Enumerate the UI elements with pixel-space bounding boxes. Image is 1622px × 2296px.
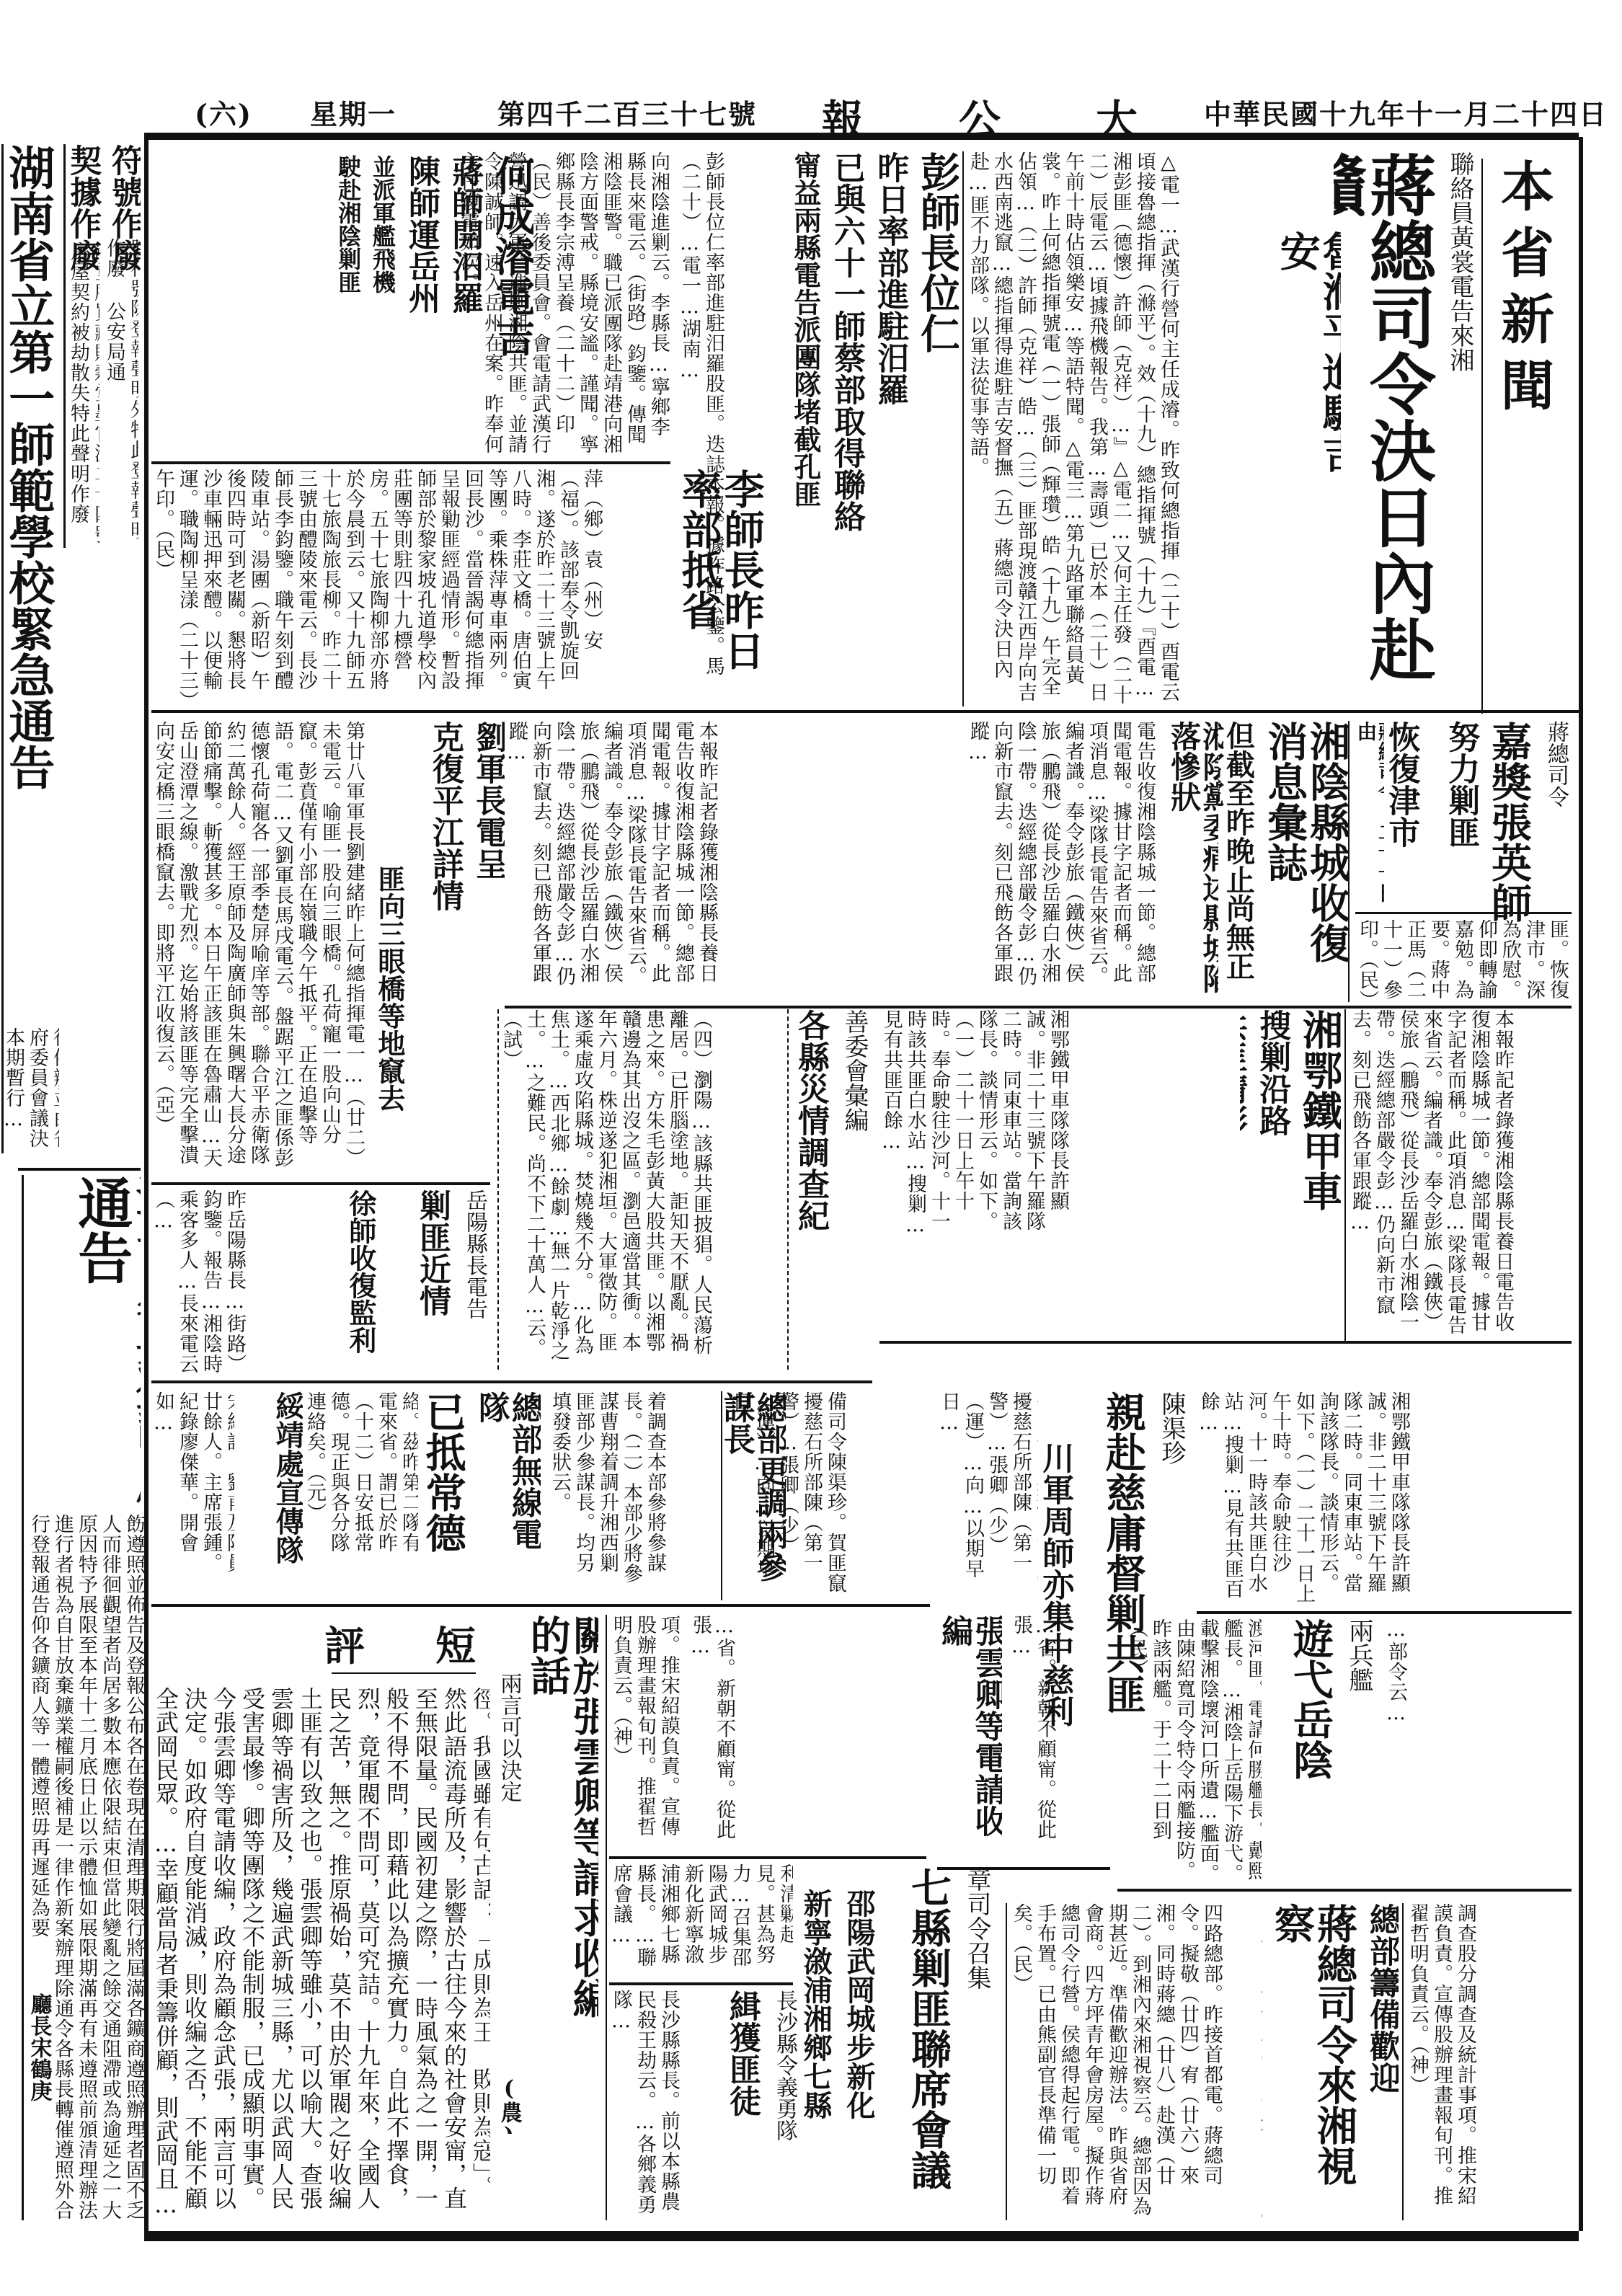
article-headline: 蔣總司令來湘視察 (1270, 1903, 1355, 2220)
article-body: 本報昨記者錄獲湘陰縣長養日電告收復湘陰縣城一節。總部聞電報。據甘字記者而稱。此項… (1348, 1009, 1572, 1341)
ad-body: 敝堂所買藏貽穀堂墨官渡二十四號房屋契約被劫散失特此聲明作廢 (66, 241, 99, 544)
article-body: 萍（鄉）袁（州）安（福）。該部奉令凱旋回湘。遂於昨二十三號上午八時。李莊文橋。唐… (151, 469, 670, 703)
article-headline-block: 總部籌備歡迎 蔣總司令來湘視察 因有二十六日來湘消息 (1262, 1903, 1399, 2220)
article-subheadline: 匪向三眼橋等地竄去 (375, 865, 404, 1112)
issue-number: 第四千二百三十七號 (497, 92, 757, 132)
article-headline-block: 聯絡員黃裳電告來湘 蔣總司令決日內赴贛 對剿匪不力部隊以軍法從事 (1334, 151, 1478, 714)
article-body: 第四路總指揮部。派謀軍事便利消息暨通起見於前日特派通信隊無線電二分隊開駐常德。並… (303, 1391, 418, 1572)
masthead: (六) 星期一 第四千二百三十七號 報 公 大 中華民國十九年十一月二十四日 (195, 92, 1557, 127)
article-body: 第廿八軍軍長劉建緒昨上何總指揮電一…（廿二）未電云。喻匪一股向三眼橋。孔荷寵一股… (151, 721, 368, 1182)
advertisement-column: 符號作廢 啟者敝所看警哥光弼遺失遺字第一號符號除登報聲明外特此登報聲明作廢 公安… (0, 137, 144, 2235)
commentary-subheadline: 兩言可以決定 (497, 1672, 520, 1802)
footer-rule (144, 2231, 1579, 2241)
article-headline: 湘鄂鐵甲車 (1298, 1009, 1341, 1240)
article-headline: 李師長昨日率部抵省 (678, 469, 763, 706)
article-body: （四）瀏陽…該縣共匪披猖。人民蕩析離居。已肝腦塗地。詎知天不厭亂。禍患之來。方朱… (497, 1009, 789, 1370)
article-kicker: 總部籌備歡迎 (1365, 1903, 1399, 2220)
article-subheadline: 蔣師開汨羅 (448, 155, 481, 458)
article-subheadline: 昨日率部進駐汨羅 (873, 151, 906, 699)
ad-body: 啟者敝所看警哥光弼遺失遺字第一號符號除登報聲明外特此登報聲明作廢 公安局通 (102, 238, 138, 541)
article-subheadline: 徐師收復監利 (346, 1189, 375, 1354)
article-subheadline: 克復平江詳情 (428, 721, 461, 1081)
article-headline: 各縣災情調查紀 (794, 1009, 827, 1370)
article-subheadline: 並派軍艦飛機 (370, 155, 394, 458)
article-body: 四路總部昨發出命令云：（一）湘西剿匪指揮部謀長周昭俊。着調查本部參將參謀長。（二… (548, 1391, 670, 1586)
article-subheadline: 搜剿沿路 (1255, 1009, 1288, 1240)
article-subheadline: 邵陽武岡城步新化 (843, 1889, 874, 2119)
section-label: 本省新聞 (1485, 159, 1572, 706)
article-subheadline: 新寧漵浦湘鄉七縣 (800, 1889, 830, 2119)
article-dateline: 蔣總司令。二十一日由 (1355, 721, 1384, 908)
article-headline-block: 岳陽縣長電告 剿匪近情 (404, 1189, 490, 1406)
article-block: 彭師長位仁 昨日率部進駐汨羅 已與六十一師蔡部取得聯絡 甯益兩縣電告派團隊堵截孔… (793, 151, 959, 699)
commentary-section-label: 短 評 (317, 1615, 483, 1672)
article-headline-block: 湘鄂鐵甲車 搜剿沿路 共匪情形 (1240, 1009, 1341, 1240)
article-headline-block: 章司令召集 七縣剿匪聯席會議 (887, 1867, 995, 2213)
article-kicker: 長沙縣令義勇隊 (768, 1990, 800, 2228)
article-subheadline-block: 魯滌平進駐吉安 (1276, 231, 1341, 490)
article-body: 寶慶警備司令章亮基。對於剿共剿匪。茲為便利清勦起見。甚為努力…召集邵陽武岡城步新… (609, 1863, 793, 1979)
article-headline-block: 長沙縣令義勇隊 緝獲匪徒 須解縣府懲辦 (721, 1990, 800, 2228)
article-subheadline: 已抵常德 (425, 1391, 464, 1572)
article-body: 湘陰發見匪竄擾湘陰。因堵截渡河匪。電請何勝艦長。戴熙艦長。…湘陰上岳陽下游弋。載… (1125, 1618, 1262, 1885)
article-subheadline: 但截至昨晚止尚無正式官電 (1218, 721, 1253, 1002)
article-headline: 湘陰縣城收復消息彙誌 (1263, 721, 1348, 1002)
weekday: 星期一 (310, 92, 396, 132)
article-subheadline: 共匪情形 (1240, 1009, 1245, 1240)
article-body: 調查股分調查及統計事項。推宋紹謨負責。宣傳股辦理畫報旬刊。推翟哲明負責云。（神） (609, 1615, 681, 1853)
article-headline-block: 李師長昨日率部抵省 (678, 469, 793, 706)
ad-signature: 廳長宋鶴庚 (27, 1993, 56, 2173)
article-body: 四路總部。昨接首都電。蔣總司令。擬敬（廿四）宥（廿六）來湘。同時蔣總（廿八）赴漢… (1009, 1903, 1254, 2220)
article-subheadline: 甯益兩縣電告派團隊堵截孔匪 (793, 151, 820, 699)
article-body: 備司令陳渠珍。賀匪竄擾慈石所部陳（第一警）…張卿（少）（運）…向…以期早日… (937, 1391, 1038, 1608)
article-subheadline: 恢復津市 (1384, 721, 1417, 848)
article-headline: 總部無線電隊 (474, 1391, 541, 1572)
article-body: …省。新朝不顧甯。從此張… (688, 1615, 926, 1853)
article-body: 湘鄂鐵甲車隊隊長許顯誠。非二十三號下午羅隊二時。同東車站。當詢該隊長。談情形云。… (1197, 1391, 1572, 1608)
commentary-headline: 關於張雲卿等請求收編的話 (526, 1615, 598, 2047)
commentary-byline: (農) (497, 2076, 520, 2134)
article-headline: 張雲卿等電請收編 (937, 1615, 1002, 1860)
article-headline: 剿匪近情 (415, 1189, 448, 1406)
ad-body: 本校被共匪燒燬前經省務會議議決本期暫行停辦並由省府委員會議決本期暫行… (1, 1027, 59, 1164)
article-headline: 蔣總司令決日內赴贛 (1334, 151, 1432, 714)
ad-school-notice: 湖南省立第一師範學校緊急通告 (1, 144, 61, 1153)
article-body: 備司令陳渠珍。賀匪竄擾慈石所部陳（第一警）…張卿（少）（運）…向…以期早日… (728, 1391, 930, 1600)
article-headline: 緝獲匪徒 (725, 1990, 758, 2228)
article-body: …部令云… (1384, 1618, 1572, 1885)
article-headline-block: 綏靖處宣傳隊 (238, 1391, 303, 1579)
article-subheadline: 已與六十一師蔡部取得聯絡 (830, 151, 863, 699)
article-headline-block: 兩兵艦 遊弋岳陰 (1269, 1618, 1377, 1892)
commentary-body: 土匪與土匪式的軍隊。嚴格一點說法：當然沒有收編的餘地，只有根本消滅以除民害。庶可… (151, 1687, 490, 2220)
article-subheadline: 湘陰黨委痛述縣城陷落慘狀 (1168, 721, 1218, 1002)
article-headline-block: 何成濬電吉 蔣師開汨羅 陳師運岳州 並派軍艦飛機 駛赴湘陰剿匪 (317, 155, 533, 458)
article-headline-block: 劉軍長電呈 克復平江詳情 (411, 721, 505, 1081)
article-headline: 七縣剿匪聯席會議 (907, 1867, 949, 2213)
article-headline-block: 湘陰縣城收復消息彙誌 但截至昨晚止尚無正式官電 一說匪棄城退走由團隊收復 (1218, 721, 1348, 1002)
article-kicker: 聯絡員黃裳電告來湘 (1442, 151, 1478, 714)
article-kicker: 岳陽縣長電告 (458, 1189, 490, 1406)
article-kicker: 兩兵艦 (1342, 1618, 1377, 1892)
article-body: 本報昨記者錄獲湘陰縣長養日電告收復湘陰縣城一節。總部聞電報。據甘字記者而稱。此項… (966, 721, 1161, 995)
article-headline-block: 總部無線電隊 已抵常德 (425, 1391, 541, 1572)
article-body: 長沙縣縣長。前以本縣農民殺王劫云。…各鄉義勇隊… (609, 1990, 717, 2220)
article-kicker: 善委會彙編 (837, 1009, 872, 1370)
article-body: 湘鄂鐵甲車隊隊長許顯誠。非二十三號下午羅隊二時。同東車站。當詢該隊長。談情形云。… (879, 1009, 1233, 1240)
article-headline: 彭師長位仁 (916, 151, 959, 699)
article-body: △電一…武漢行營何主任成濬。昨致何總指揮（二十）酉電云頃接魯總指揮（滌平）。效（… (966, 151, 1276, 706)
article-body: 平瀏綏靖處宣傳隊。在永安市舉行局務會議。到席人有張祖鍾宋紹謨。劉甫及隊員廿餘人。… (151, 1391, 234, 1579)
article-kicker: 章司令召集 (960, 1867, 995, 2213)
article-body: 首都來電云。機急。長沙何總指揮芸樵兄勛鑒。銑（十六）未電悉。張師（英）官兵努力剿… (1355, 919, 1572, 1006)
article-headline: 綏靖處宣傳隊 (272, 1391, 303, 1579)
article-headline-block: 善委會彙編 各縣災情調查紀 (793, 1009, 872, 1370)
article-headline: 何成濬電吉 (491, 155, 533, 458)
article-body: 本報昨記者錄獲湘陰縣長養日電告收復湘陰縣城一節。總部聞電報。據甘字記者而稱。此項… (505, 721, 959, 995)
ornamental-rule (332, 1672, 476, 1674)
ad-title: 湖南省立第一師範學校緊急通告 (4, 144, 52, 790)
page-number: (六) (195, 92, 252, 132)
article-subheadline: 陳師運岳州 (404, 155, 438, 458)
article-body: …省。新朝不顧甯。從此張… (1009, 1615, 1117, 1860)
issue-date: 中華民國十九年十一月二十四日 (1204, 92, 1608, 132)
article-body: 昨岳陽縣長…街路）鈞鑒。報告…湘陰時乘客多人…長來電云（… (151, 1189, 339, 1377)
article-headline-block: 張雲卿等電請收編 (937, 1615, 1002, 1860)
article-body: 調查股分調查及統計事項。推宋紹謨負責。宣傳股辦理畫報旬刊。推翟哲明負責云。（神） (1406, 1903, 1572, 2220)
article-headline: 遊弋岳陰 (1289, 1618, 1331, 1892)
article-subheadline: 駛赴湘陰剿匪 (336, 155, 360, 458)
masthead-rule (144, 133, 1579, 140)
